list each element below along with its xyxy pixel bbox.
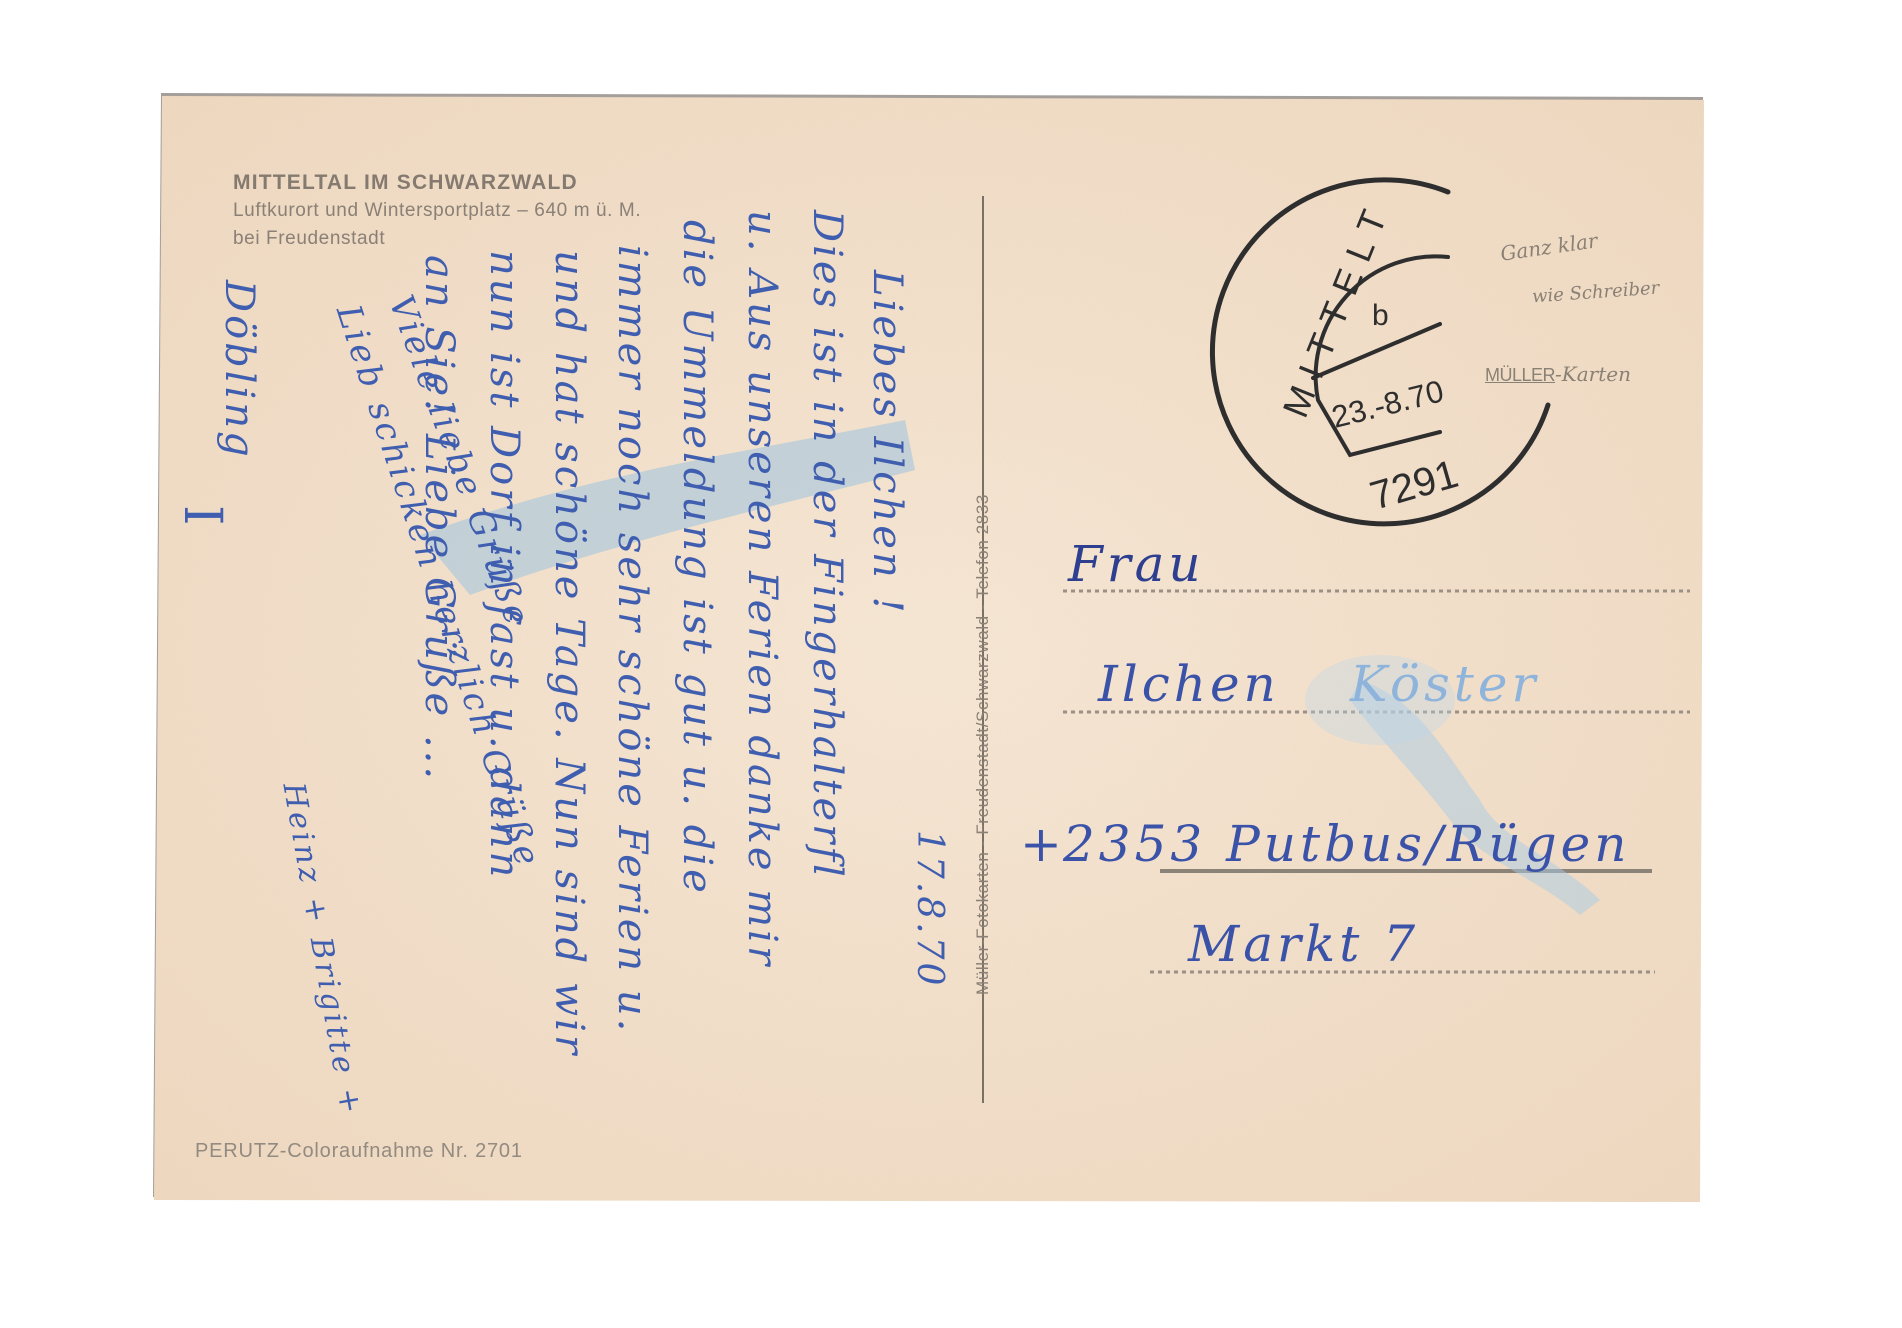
postmark-letter: b — [1372, 299, 1389, 332]
address-line-4: Markt 7 — [1188, 915, 1419, 973]
postmark-postcode: 7291 — [1365, 452, 1463, 519]
postmark-date: 23.-8.70 — [1328, 373, 1447, 434]
message-line: u. Aus unseren Ferien danke mir — [739, 210, 785, 968]
address-line-1: Frau — [1068, 535, 1205, 593]
message-line: Dies ist in der Fingerhalterfl — [804, 210, 850, 880]
address-line-2: Ilchen — [1098, 655, 1280, 713]
message-line: und hat schöne Tage. Nun sind wir — [546, 250, 592, 1057]
postmark: MITTELT b 23.-8.70 7291 — [0, 0, 1902, 1328]
message-line: die Ummeldung ist gut u. die — [674, 220, 720, 896]
sender-name: Döbling — [216, 280, 262, 460]
message-date: 17.8.70 — [909, 830, 950, 988]
sender-suffix: I — [172, 505, 232, 529]
address-line-3-prefix: + — [1020, 815, 1066, 873]
message-line: immer noch sehr schöne Ferien u. — [609, 245, 655, 1034]
address-line-3: 2353 Putbus/Rügen — [1063, 815, 1630, 873]
postcard: MITTELTAL IM SCHWARZWALD Luftkurort und … — [0, 0, 1902, 1328]
message-salutation: Liebes Ilchen ! — [864, 270, 910, 616]
address-line-2-faded: Köster — [1350, 655, 1539, 713]
